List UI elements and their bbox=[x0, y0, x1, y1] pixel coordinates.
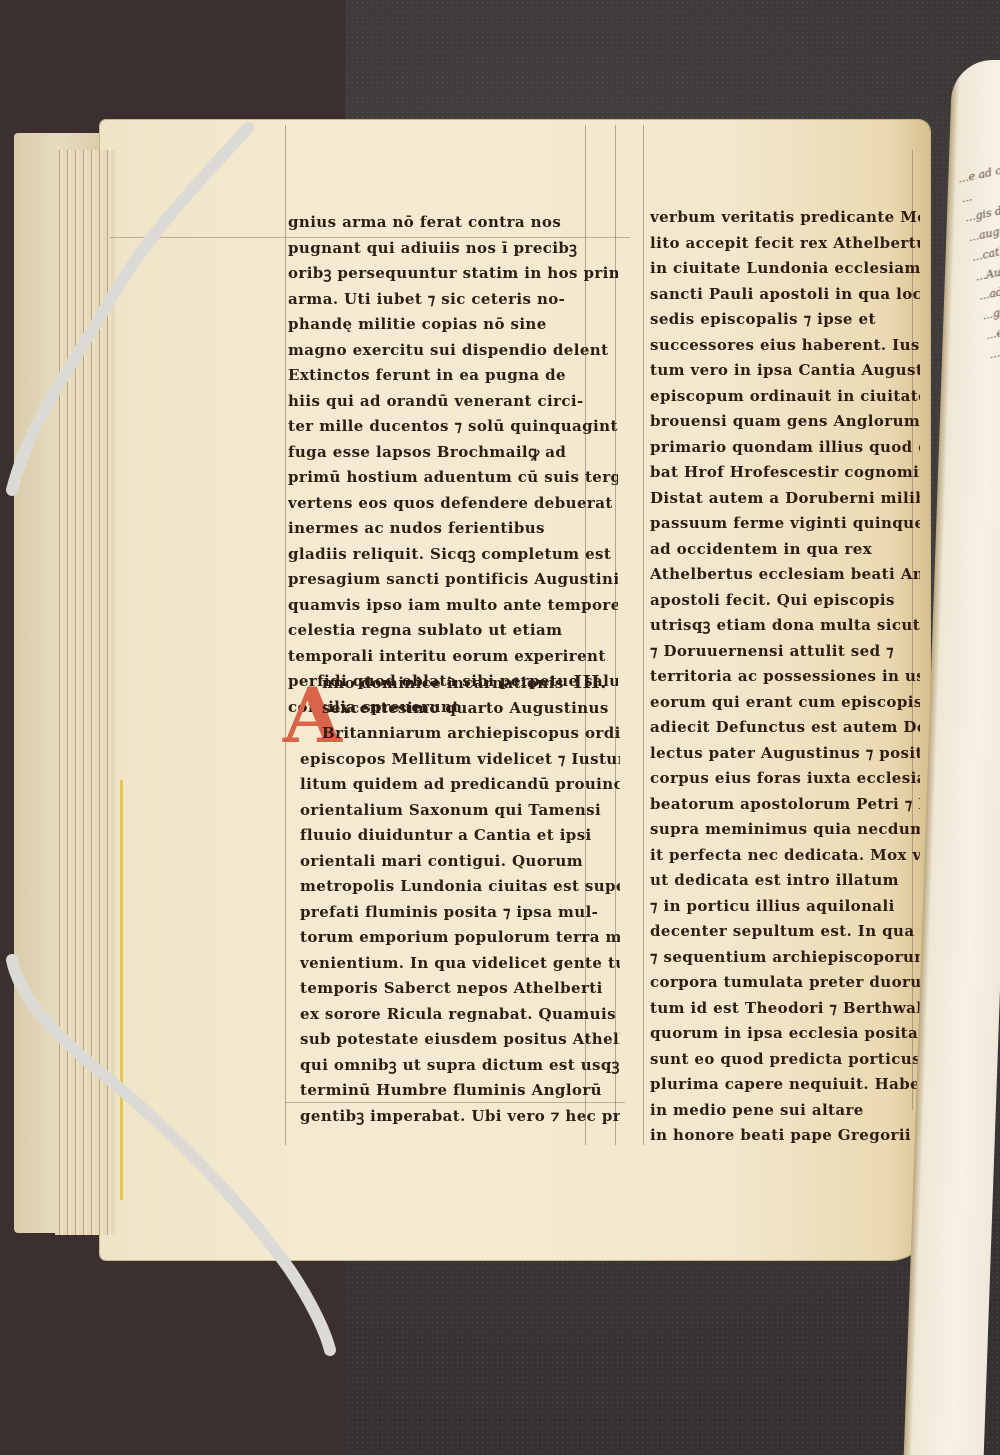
page-edge-stain bbox=[120, 780, 123, 1200]
text-line: eorum qui erant cum episcopis bbox=[650, 690, 920, 716]
text-line: arma. Uti iubet ⁊ sic ceteris no- bbox=[288, 287, 618, 313]
text-line: Distat autem a Doruberni milibus bbox=[650, 486, 920, 512]
text-line: brouensi quam gens Anglorum a bbox=[650, 409, 920, 435]
text-line: in medio pene sui altare bbox=[650, 1098, 920, 1124]
text-line: tum vero in ipsa Cantia Augustinus bbox=[650, 358, 920, 384]
text-line: lectus pater Augustinus ⁊ positum bbox=[650, 741, 920, 767]
text-line: sedis episcopalis ⁊ ipse et bbox=[650, 307, 920, 333]
text-line: metropolis Lundonia ciuitas est super ri… bbox=[300, 874, 620, 900]
text-line: torum emporium populorum terra mari qꝫ bbox=[300, 925, 620, 951]
text-line: ⁊ in porticu illius aquilonali bbox=[650, 894, 920, 920]
text-line: successores eius haberent. Ius- bbox=[650, 333, 920, 359]
text-line: sub potestate eiusdem positus Athelberti bbox=[300, 1027, 620, 1053]
text-line: adiecit Defunctus est autem Deo di- bbox=[650, 715, 920, 741]
text-line: decenter sepultum est. In qua bbox=[650, 919, 920, 945]
text-line: tum id est Theodori ⁊ Berthwaldi bbox=[650, 996, 920, 1022]
text-line: inermes ac nudos ferientibus bbox=[288, 516, 618, 542]
text-line: hiis qui ad orandū venerant circi- bbox=[288, 389, 618, 415]
text-line: ad occidentem in qua rex bbox=[650, 537, 920, 563]
text-line: magno exercitu sui dispendio delent bbox=[288, 338, 618, 364]
text-line: vertens eos quos defendere debuerat bbox=[288, 491, 618, 517]
text-line: supra meminimus quia necdum fu- bbox=[650, 817, 920, 843]
chapter-heading: nno dominice incarnationis III. bbox=[300, 670, 620, 696]
text-line: Extinctos ferunt in ea pugna de bbox=[288, 363, 618, 389]
text-line: temporali interitu eorum experirent bbox=[288, 644, 618, 670]
text-line: venientium. In qua videlicet gente tunc bbox=[300, 951, 620, 977]
text-line: sexcentesimo quarto Augustinus bbox=[300, 696, 620, 722]
left-column-top: gnius arma nō ferat contra nos pugnant q… bbox=[288, 210, 618, 720]
text-line: utrisqꝫ etiam dona multa sicut bbox=[650, 613, 920, 639]
text-line: episcopos Mellitum videlicet ⁊ Iustum Me… bbox=[300, 747, 620, 773]
text-line: temporis Saberct nepos Athelberti bbox=[300, 976, 620, 1002]
text-line: passuum ferme viginti quinque bbox=[650, 511, 920, 537]
text-line: gnius arma nō ferat contra nos bbox=[288, 210, 618, 236]
text-line: ter mille ducentos ⁊ solū quinquaginta bbox=[288, 414, 618, 440]
text-line: beatorum apostolorum Petri ⁊ Pauli cuius bbox=[650, 792, 920, 818]
text-line: territoria ac possessiones in usum bbox=[650, 664, 920, 690]
text-line: orientali mari contigui. Quorum bbox=[300, 849, 620, 875]
text-line: orientalium Saxonum qui Tamensi bbox=[300, 798, 620, 824]
text-line: ut dedicata est intro illatum bbox=[650, 868, 920, 894]
left-column-bottom: nno dominice incarnationis III. sexcente… bbox=[300, 670, 620, 1129]
text-line: ⁊ Doruuernensi attulit sed ⁊ bbox=[650, 639, 920, 665]
text-line: plurima capere nequiuit. Habet hec bbox=[650, 1072, 920, 1098]
text-line: bat Hrof Hrofescestir cognominat bbox=[650, 460, 920, 486]
ruling-line bbox=[643, 125, 644, 1145]
text-line: fuga esse lapsos Brochmailꝙ ad bbox=[288, 440, 618, 466]
heading-text: nno dominice incarnationis bbox=[300, 671, 564, 696]
text-line: oribꝫ persequuntur statim in hos primū bbox=[288, 261, 618, 287]
text-line: gladiis reliquit. Sicqꝫ completum est bbox=[288, 542, 618, 568]
text-line: lito accepit fecit rex Athelbertus bbox=[650, 231, 920, 257]
right-column: verbum veritatis predicante Mel- lito ac… bbox=[650, 205, 920, 1149]
text-line: gentibꝫ imperabat. Ubi vero ⁊ hec prouin… bbox=[300, 1104, 620, 1130]
text-line: it perfecta nec dedicata. Mox vero bbox=[650, 843, 920, 869]
text-line: Britanniarum archiepiscopus ordinauit du… bbox=[300, 721, 620, 747]
text-line: terminū Humbre fluminis Anglorū bbox=[300, 1078, 620, 1104]
text-line: verbum veritatis predicante Mel- bbox=[650, 205, 920, 231]
chapter-numeral: III. bbox=[574, 670, 607, 696]
text-line: sancti Pauli apostoli in qua locum bbox=[650, 282, 920, 308]
text-line: pugnant qui adiuiis nos ī precibꝫ bbox=[288, 236, 618, 262]
text-line: litum quidem ad predicandū prouincie bbox=[300, 772, 620, 798]
text-line: prefati fluminis posita ⁊ ipsa mul- bbox=[300, 900, 620, 926]
text-line: presagium sancti pontificis Augustini bbox=[288, 567, 618, 593]
text-line: ⁊ sequentium archiepiscoporum omnium sun… bbox=[650, 945, 920, 971]
text-line: corpora tumulata preter duorum tan- bbox=[650, 970, 920, 996]
text-line: ex sorore Ricula regnabat. Quamuis bbox=[300, 1002, 620, 1028]
text-line: apostoli fecit. Qui episcopis bbox=[650, 588, 920, 614]
page-stack-edge bbox=[55, 150, 115, 1235]
text-line: quamvis ipso iam multo ante tempore ad bbox=[288, 593, 618, 619]
text-line: primario quondam illius quod dice- bbox=[650, 435, 920, 461]
text-line: ...e ad orientem ... bbox=[957, 151, 1000, 209]
ruling-line bbox=[285, 125, 286, 1145]
text-line: qui omnibꝫ ut supra dictum est usqꝫ ad bbox=[300, 1053, 620, 1079]
text-line: in ciuitate Lundonia ecclesiam bbox=[650, 256, 920, 282]
text-line: episcopum ordinauit in ciuitate Doru- bbox=[650, 384, 920, 410]
text-line: fluuio diuiduntur a Cantia et ipsi bbox=[300, 823, 620, 849]
text-line: Athelbertus ecclesiam beati Andree bbox=[650, 562, 920, 588]
text-line: corpus eius foras iuxta ecclesiam bbox=[650, 766, 920, 792]
facing-page-text: ...e ad orientem ... ...gis deside... ..… bbox=[957, 151, 1000, 365]
text-line: celestia regna sublato ut etiam bbox=[288, 618, 618, 644]
text-line: primū hostium aduentum cū suis terga bbox=[288, 465, 618, 491]
text-line: sunt eo quod predicta porticus bbox=[650, 1047, 920, 1073]
text-line: phandę militie copias nō sine bbox=[288, 312, 618, 338]
text-line: in honore beati pape Gregorii bbox=[650, 1123, 920, 1149]
text-line: quorum in ipsa ecclesia posita bbox=[650, 1021, 920, 1047]
